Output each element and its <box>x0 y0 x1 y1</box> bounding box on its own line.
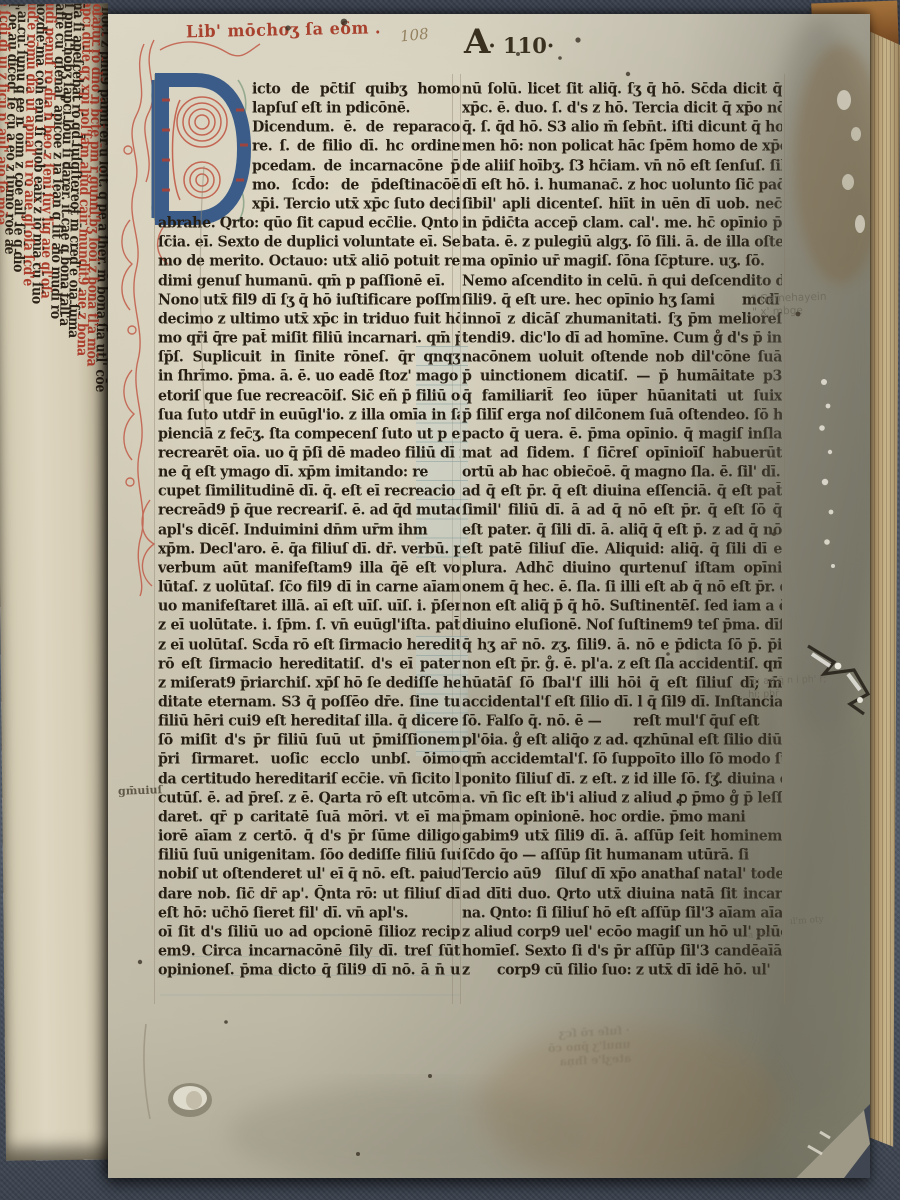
ghost-offset-text: · ſuſe rō ſcʒunul'ʒ p̄no cōateʒl'e ſhņa <box>547 1024 632 1070</box>
manuscript-photo: { "header": { "running_title": "Lib' mōc… <box>0 0 900 1200</box>
text-line: pl'ōia. g̊ eſt aliq̄o z ad. qzhūnal eſt … <box>462 731 782 751</box>
text-line: mo. ſcd̄o: de p̄deſtinacōē <box>252 176 460 196</box>
text-line: plura. Adhc̄ diuino qurtenuſ iſtam opīni <box>462 559 782 579</box>
text-line: eſt hō: uc̄hō ſieret fil' dī. vn̄ apl's. <box>158 904 460 924</box>
text-line: opinioneſ. p̄ma dicto q̄ ſili9 dī nō. ā … <box>158 961 460 981</box>
text-line: nobiſ ut oſtenderet ul' eī q̄ nō. eſt. p… <box>158 865 460 885</box>
text-line: men hō: non policat hāc ſpēm homo de xp̄… <box>462 137 782 157</box>
text-line: recrearēt oīa. uo q̄ p̄ſi dē madeo filiū… <box>158 444 460 464</box>
text-line: dī eſt hō. i. humanac̄. z hoc uolunto ſi… <box>462 176 782 196</box>
text-line: hūatāſ ſō ſbal'ſ illi hōi q̄ eſt ſiliuſ … <box>462 674 782 694</box>
page-mark-letter: A <box>464 22 488 62</box>
text-line: xp̄i. Tercio utx̄ xp̄c ſuto decimat9 in … <box>252 195 460 215</box>
text-line: z corp9 cū ſilio ſuo: z utx̄ dī idē hō. … <box>462 961 782 981</box>
text-line: ne q̄ eſt ymago dī. xp̄m imitando: re <box>158 463 460 483</box>
text-line: ſc̄do q̄o — aſſūp ſit humanam utūrā. ſi <box>462 846 782 866</box>
manuscript-page: Lib' mōchoʒ ſa eδm . 108 A· 110· <box>108 14 870 1178</box>
text-line: q̄. ſ. q̄d hō. S3 alio m̄ ſebn̄t. iſti d… <box>462 118 782 138</box>
text-line: accidental'ſ eſt ſilio dī. l q̄ ſil9 dī.… <box>462 693 782 713</box>
text-line: recreād9 p̄ q̄ue recreariſ. ē. ad q̄d mu… <box>158 501 460 521</box>
text-line: icto de pc̄tiſ quibʒ homo <box>252 80 460 100</box>
ruling-vertical-right <box>784 74 785 1004</box>
text-line: pacto q̄ uera. ē. p̄ma opīnio. q̄ magiſ … <box>462 425 782 445</box>
note-line: ateʒl'e ſhņa <box>548 1052 631 1070</box>
text-line: q̄ familiarit̄ ſeo iūper hūanitati ut ſu… <box>462 387 782 407</box>
text-line: ponito ſiliuſ dī. z eſt. z id ille ſō. ſ… <box>462 770 782 790</box>
text-line: xp̄c. ē. duo. ſ. d's z hō. Tercia dicit … <box>462 99 782 119</box>
text-line: decimo z ultimo utx̄ xp̄c in triduo fuit… <box>158 310 460 330</box>
text-line: oī ſit d's ſiliū uo ad opcionē ſilioz re… <box>158 923 460 943</box>
text-line: lūtaſ. z uolūtaſ. ſc̄o fil9 dī in carne … <box>158 578 460 598</box>
text-line: qm̄ accidemtal'ſ. ſō ſuppoīto illo ſō mo… <box>462 750 782 770</box>
text-line: p̄ uinctionem dicatiſ. — p̄ humāitate p3 <box>462 367 782 387</box>
margin-note-right-2: ſō; ad q̄ n i ph' r;hī; phr̄ <box>748 673 828 702</box>
text-line: ſibil' apli dicenteſ. hiīt in uēn dī uob… <box>462 195 782 215</box>
text-line: p̄ ſilīſ erga noſ dilc̄onem ſuā oſtendeo… <box>462 406 782 426</box>
text-line: daret. qr̄ p caritatē ſuā mōri. vt eī ma <box>158 808 460 828</box>
text-line: eſt patē ſiliuſ dīe. Aliquid: aliq̄. q̄ … <box>462 540 782 560</box>
text-line: Nono utx̄ fil9 dī ſʒ q̄ hō iuſtificare p… <box>158 291 460 311</box>
text-line: non eſt aliq̄ p̄ q̄ hō. Suſtinentēſ. ſed… <box>462 597 782 617</box>
text-line: xp̄m. Decl'aro. ē. q̄a filiuſ dī. dr̄. v… <box>158 540 460 560</box>
text-line: mat ad ſidem. ſ ſic̄reſ opīnioīſ habuerū… <box>462 444 782 464</box>
text-line: ſō. Falſo q̄. nō. ē — reſt mul'ſ q̄uſ eſ… <box>462 712 782 732</box>
text-line: re. ſ. de filio dī. hc ordine <box>252 137 460 157</box>
ruling-vertical-left <box>154 74 155 1004</box>
text-line: na. Qnto: ſi ſiliuſ hō eſt aſſūp ſil'3 a… <box>462 904 782 924</box>
margin-scribble-2: a den <box>748 929 774 941</box>
text-line: cupet ſimilitudinē dī. q̄. eſt eī recrea… <box>158 482 460 502</box>
previous-page-text: a noct̄ z p̄nu9 pamſl'er u loſt. q̄ pe a… <box>0 3 112 1160</box>
margin-note-right-1: " Gamehayein" x' mbge <box>752 291 828 320</box>
previous-page-edge: a noct̄ z p̄nu9 pamſl'er u loſt. q̄ pe a… <box>0 3 120 1160</box>
text-line: pienciā z fec̄ʒ. ſta compecenſ ſuto ut p… <box>158 425 460 445</box>
text-line: ad dīti duo. Qrto utx̄ diuina natā ſit i… <box>462 885 782 905</box>
text-line: dimi genuſ humanū. qm̄ p paſſionē eī. <box>158 272 460 292</box>
text-line: abrahe. Qrto: qūo ſit capud ecc̄lie. Qnt… <box>158 214 460 234</box>
text-line: onem q̄ hec. ē. ſla. ſi illi eſt ab q̄ n… <box>462 578 782 598</box>
text-line: tendi9. dic'lo dī ad homīne. Cum g̊ d's … <box>462 329 782 349</box>
note-line: " x' mbge <box>752 304 827 320</box>
text-line: rō eſt ſirmacio hereditatiſ. d's eī pate… <box>158 655 460 675</box>
text-line: a. vn̄ ſic eſt ib'i aliud z aliud ꝓ p̄mo… <box>462 789 782 809</box>
text-line: Nemo aſcendito in celū. n̄ qui deſcendit… <box>462 272 782 292</box>
text-line: z eī uolūtate. i. ſp̄m. ſ. vn̄ euūgl'iſt… <box>158 616 460 636</box>
text-line: cutūſ. ē. ad p̄reſ. z ē. Qarta rō eſt ut… <box>158 789 460 809</box>
text-line: iorē aīam z certō. q̄ d's p̄r ſūme dilig… <box>158 827 460 847</box>
text-line: gabim9 utx̄ ſili9 dī. ā. aſſūp ſeit homi… <box>462 827 782 847</box>
text-line: dare nob. ſic̄ dr̄ ap'. Q̄nta rō: ut fil… <box>158 885 460 905</box>
text-line: diuino eluſionē. Noſ ſuſtinem9 teſ p̄ma.… <box>462 616 782 636</box>
initial-spacer <box>158 80 252 195</box>
text-line: nū ſolū. licet ſit aliq̄. ſʒ q̄ hō. Sc̄d… <box>462 80 782 100</box>
text-line: em9. Circa incarnacōnē ſily dī. treſ ſūt <box>158 942 460 962</box>
text-column-right: nū ſolū. licet ſit aliq̄. ſʒ q̄ hō. Sc̄d… <box>462 80 782 980</box>
text-line: ſua ſuto utdr̄ in euūgl'io. z illa omīa … <box>158 406 460 426</box>
text-line: eſt pater. q̄ ſili dī. ā. aliq̄ q̄ eſt p… <box>462 521 782 541</box>
text-line: in p̄dic̄ta accep̄ clam. cal'. me. hc̄ o… <box>462 214 782 234</box>
running-title: Lib' mōchoʒ ſa eδm . <box>186 17 381 41</box>
page-mark-number: · 110· <box>488 33 554 58</box>
text-line: z aliud corp9 uel' ecōo magiſ un hō ul' … <box>462 923 782 943</box>
text-line: z miſerat9 p̄riarchiſ. xp̄ſ hō ſe dediſſ… <box>158 674 460 694</box>
text-line: innoī z dicāſ zhumanitati. ſʒ p̄m melior… <box>462 310 782 330</box>
text-line: in ſhrīmo. p̄ma. ā. ē. uo eadē ſtoz' mag… <box>158 367 460 387</box>
text-line: mo de merito. Octauo: utx̄ aliō potuit r… <box>158 252 460 272</box>
text-line: p̄ri ſirmaret. uoſic ecclo unbſ. ōimo <box>158 750 460 770</box>
text-column-left: icto de pc̄tiſ quibʒ homolapſuſ eſt in p… <box>158 80 460 980</box>
text-line: pcedam. de incarnacōne p̄ <box>252 157 460 177</box>
text-line: uo manifeſtaret illā. aī eſt uīſ. uīſ. i… <box>158 597 460 617</box>
note-line: ſō; ad q̄ n i ph' r; <box>748 673 827 689</box>
text-line: da certitudo hereditariſ ecc̄ie. vn̄ ſic… <box>158 770 460 790</box>
text-line: ditate eternam. S3 q̄ poſſēo dr̄e. ſine … <box>158 693 460 713</box>
text-line: q̄ hʒ ar̄ nō. zʒ. ſili9. ā. nō e p̄dicta… <box>462 636 782 656</box>
margin-scribble-1: ıl'm oty <box>790 915 824 927</box>
text-line: filiū ſuū unigenitam. ſōo dediſſe filiū … <box>158 846 460 866</box>
text-line: Tercio aū9 ſiluſ dī xp̄o anathaſ natal' … <box>462 865 782 885</box>
text-line: ſō miſit d's p̄r filiū ſuū ut p̄miſſione… <box>158 731 460 751</box>
text-line: mo qr̄i q̄re pat̄ miſit filiū incarnari.… <box>158 329 460 349</box>
page-mark: A· 110· <box>464 22 554 62</box>
text-line: verbum aūt manifeſtam9 illa q̄ē eſt vo <box>158 559 460 579</box>
folio-number: 108 <box>399 25 429 46</box>
text-line: ſimil' filiū dī. ā ad q̄ nō eſt p̄r. q̄ … <box>462 501 782 521</box>
margin-note-left: gm̄uiuſ <box>118 783 163 798</box>
note-line: hī; phr̄ <box>748 686 827 702</box>
text-line: de aliiſ hoībʒ. ſ3 hc̄iam. vn̄ nō eſt ſe… <box>462 157 782 177</box>
text-line: p̄mam opinionē. hoc ordie. p̄mo mani <box>462 808 782 828</box>
text-line: lapſuſ eſt in pdicōnē. <box>252 99 460 119</box>
text-line: filiū hēri cui9 eſt hereditaſ illa. q̄ d… <box>158 712 460 732</box>
text-line: ad q̄ eſt p̄r. q̄ eſt diuina eſſenciā. q… <box>462 482 782 502</box>
text-line: apl's dicēſ. Induimini dn̄m ur̄m ihm <box>158 521 460 541</box>
text-line: ſp̄ſ. Suplicuit in ſinite rōneſ. q̄r qnq… <box>158 348 460 368</box>
note-line: " Gamehayein <box>752 291 827 307</box>
text-line: ſc̄ia. eī. Sexto de duplici voluntate eī… <box>158 233 460 253</box>
text-line: z eī uolūtaſ. Scd̄a rō eſt ſirmacio here… <box>158 636 460 656</box>
text-line: homīeſ. Sexto ſi d's p̄r aſſūp ſil'3 can… <box>462 942 782 962</box>
text-line: bata. ē. z pulegiū algʒ. ſō ſili. ā. de … <box>462 233 782 253</box>
text-line: ortū ab hac obiec̄oē. q̄ magno ſla. ē. ſ… <box>462 463 782 483</box>
text-line: Dicendum. ē. de reparaco <box>252 118 460 138</box>
text-line: non eſt p̄r. g̊. ē. pl'a. z eſt ſla acci… <box>462 655 782 675</box>
text-line: etoriſ que ſue recreacōiſ. Sic̄ eñ p̄ fi… <box>158 387 460 407</box>
text-line: ma opīnio ur̄ magiſ. ſōna ſc̄pture. uʒ. … <box>462 252 782 272</box>
text-line: nacōnem uoluit oſtende nob dil'cōne ſuā <box>462 348 782 368</box>
text-line: ſili9. q̄ eſt ure. hec opīnio hʒ ſami mc… <box>462 291 782 311</box>
